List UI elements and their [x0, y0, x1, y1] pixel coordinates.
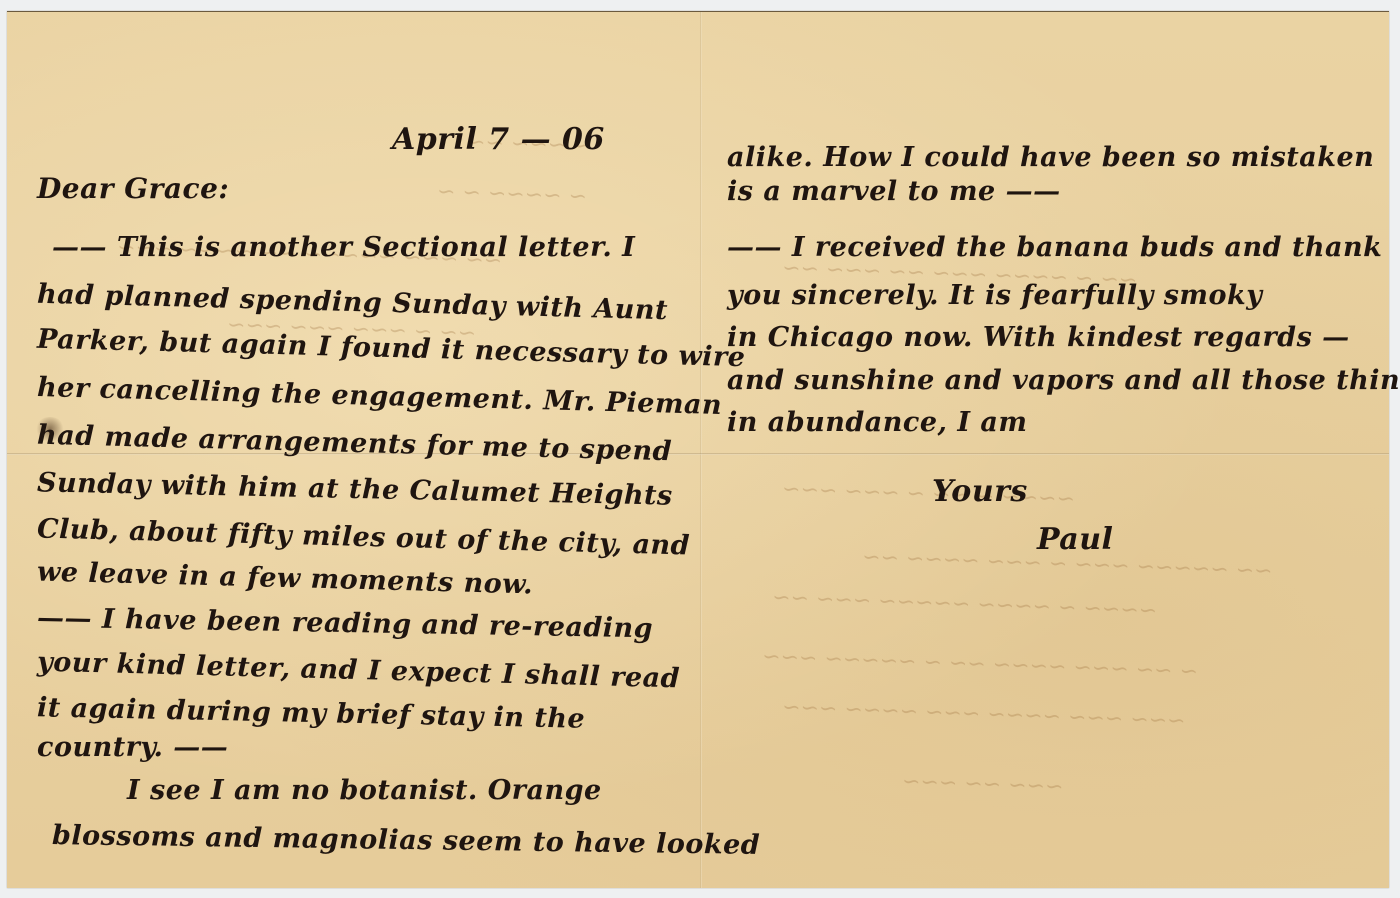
- bleed-through-text: ~~~~ ~ ~~ ~ ~~~ ~~~: [782, 477, 1076, 512]
- letter-line: country. ——: [37, 734, 228, 761]
- bleed-through-text: ~ ~~ ~~~ ~~~~ ~~ ~ ~~~~~ ~~~: [762, 644, 1199, 684]
- letter-line: it again during my brief stay in the: [37, 694, 586, 732]
- letter-line: in abundance, I am: [727, 409, 1027, 436]
- letter-closing: Yours: [932, 474, 1028, 509]
- letter-line: had made arrangements for me to spend: [37, 422, 673, 466]
- letter-signature: Paul: [1037, 522, 1113, 557]
- salutation: Dear Grace:: [37, 172, 229, 205]
- letter-line: your kind letter, and I expect I shall r…: [37, 649, 681, 693]
- left-page: ~~ ~~~ ~~~~~ ~~ ~~~~ ~~~ ~ ~~~ ~~ ~ ~~~~…: [7, 12, 700, 888]
- letter-sheet: ~~ ~~~ ~~~~~ ~~ ~~~~ ~~~ ~ ~~~ ~~ ~ ~~~~…: [7, 11, 1389, 888]
- bleed-through-text: ~~~~ ~ ~~~~ ~~~~~ ~~~ ~~: [772, 585, 1158, 623]
- letter-line: and sunshine and vapors and all those th…: [727, 367, 1400, 394]
- letter-line: you sincerely. It is fearfully smoky: [727, 282, 1262, 309]
- letter-line: —— This is another Sectional letter. I: [52, 234, 635, 261]
- letter-line: in Chicago now. With kindest regards —: [727, 324, 1350, 351]
- letter-line: —— I received the banana buds and thank: [727, 234, 1382, 261]
- right-page: ~~ ~ ~~~~ ~~~ ~~ ~~~ ~~ ~~~~ ~ ~~ ~ ~~~ …: [702, 12, 1389, 888]
- letter-line: had planned spending Sunday with Aunt: [37, 281, 669, 325]
- scanned-letter: ~~ ~~~ ~~~~~ ~~ ~~~~ ~~~ ~ ~~~ ~~ ~ ~~~~…: [0, 0, 1400, 898]
- bleed-through-text: ~~~ ~~ ~~~: [902, 769, 1064, 800]
- letter-date: April 7 — 06: [392, 122, 605, 157]
- letter-line: —— I have been reading and re-reading: [37, 605, 653, 643]
- letter-line: Parker, but again I found it necessary t…: [37, 326, 746, 372]
- letter-line: her cancelling the engagement. Mr. Piema…: [37, 374, 723, 419]
- letter-line: I see I am no botanist. Orange: [127, 777, 602, 804]
- letter-line: Sunday with him at the Calumet Heights: [37, 469, 673, 509]
- letter-line: is a marvel to me ——: [727, 178, 1061, 205]
- bleed-through-text: ~~~ ~~~ ~~~~ ~~~ ~~~~ ~~~: [782, 695, 1186, 734]
- letter-line: alike. How I could have been so mistaken: [727, 144, 1374, 171]
- bleed-through-text: ~ ~~~~ ~ ~: [437, 179, 588, 209]
- letter-line: we leave in a few moments now.: [37, 559, 534, 599]
- letter-line: blossoms and magnolias seem to have look…: [52, 822, 760, 859]
- letter-line: Club, about fifty miles out of the city,…: [37, 515, 691, 559]
